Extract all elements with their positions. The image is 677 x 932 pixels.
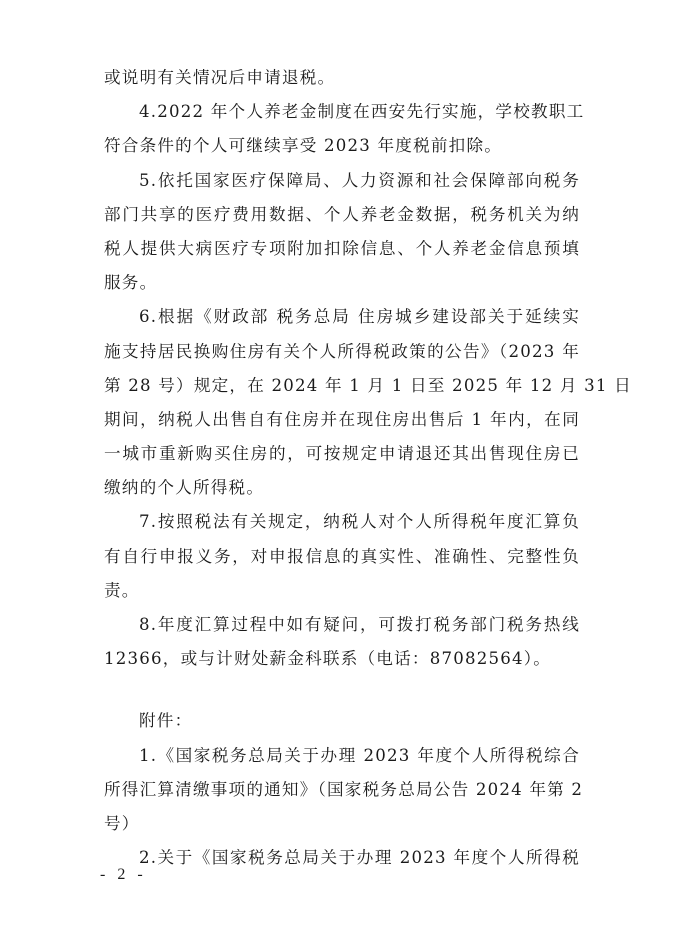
item-8-line: 8.年度汇算过程中如有疑问，可拨打税务部门税务热线: [104, 608, 580, 642]
item-5-line: 5.依托国家医疗保障局、人力资源和社会保障部向税务: [104, 164, 580, 198]
text-line: 或说明有关情况后申请退税。: [104, 61, 580, 95]
attachment-2-line: 2.关于《国家税务总局关于办理 2023 年度个人所得税: [104, 841, 580, 875]
text-line: 一城市重新购买住房的，可按规定申请退还其出售现住房已: [104, 437, 580, 471]
item-6-line: 6.根据《财政部 税务总局 住房城乡建设部关于延续实: [104, 300, 580, 334]
page-number: - 2 -: [100, 866, 147, 884]
text-line: 责。: [104, 574, 580, 608]
attachment-1-line: 1.《国家税务总局关于办理 2023 年度个人所得税综合: [104, 739, 580, 773]
text-line: 有自行申报义务，对申报信息的真实性、准确性、完整性负: [104, 540, 580, 574]
document-page: 或说明有关情况后申请退税。 4.2022 年个人养老金制度在西安先行实施，学校教…: [0, 0, 677, 932]
item-7-line: 7.按照税法有关规定，纳税人对个人所得税年度汇算负: [104, 505, 580, 539]
text-line: 部门共享的医疗费用数据、个人养老金数据，税务机关为纳: [104, 198, 580, 232]
text-line: 施支持居民换购住房有关个人所得税政策的公告》（2023 年: [104, 335, 580, 369]
text-line: 所得汇算清缴事项的通知》（国家税务总局公告 2024 年第 2: [104, 773, 580, 807]
document-body: 或说明有关情况后申请退税。 4.2022 年个人养老金制度在西安先行实施，学校教…: [104, 61, 580, 875]
text-line: 12366，或与计财处薪金科联系（电话：87082564）。: [104, 642, 580, 676]
attachments-label: 附件：: [104, 704, 580, 738]
text-line: 号）: [104, 807, 580, 841]
text-line: 符合条件的个人可继续享受 2023 年度税前扣除。: [104, 129, 580, 163]
text-line: 税人提供大病医疗专项附加扣除信息、个人养老金信息预填: [104, 232, 580, 266]
item-4-line: 4.2022 年个人养老金制度在西安先行实施，学校教职工: [104, 95, 580, 129]
text-line: 期间，纳税人出售自有住房并在现住房出售后 1 年内，在同: [104, 403, 580, 437]
text-line: 服务。: [104, 266, 580, 300]
text-line: 缴纳的个人所得税。: [104, 471, 580, 505]
paragraph-gap: [104, 676, 580, 704]
text-line: 第 28 号）规定，在 2024 年 1 月 1 日至 2025 年 12 月 …: [104, 369, 580, 403]
